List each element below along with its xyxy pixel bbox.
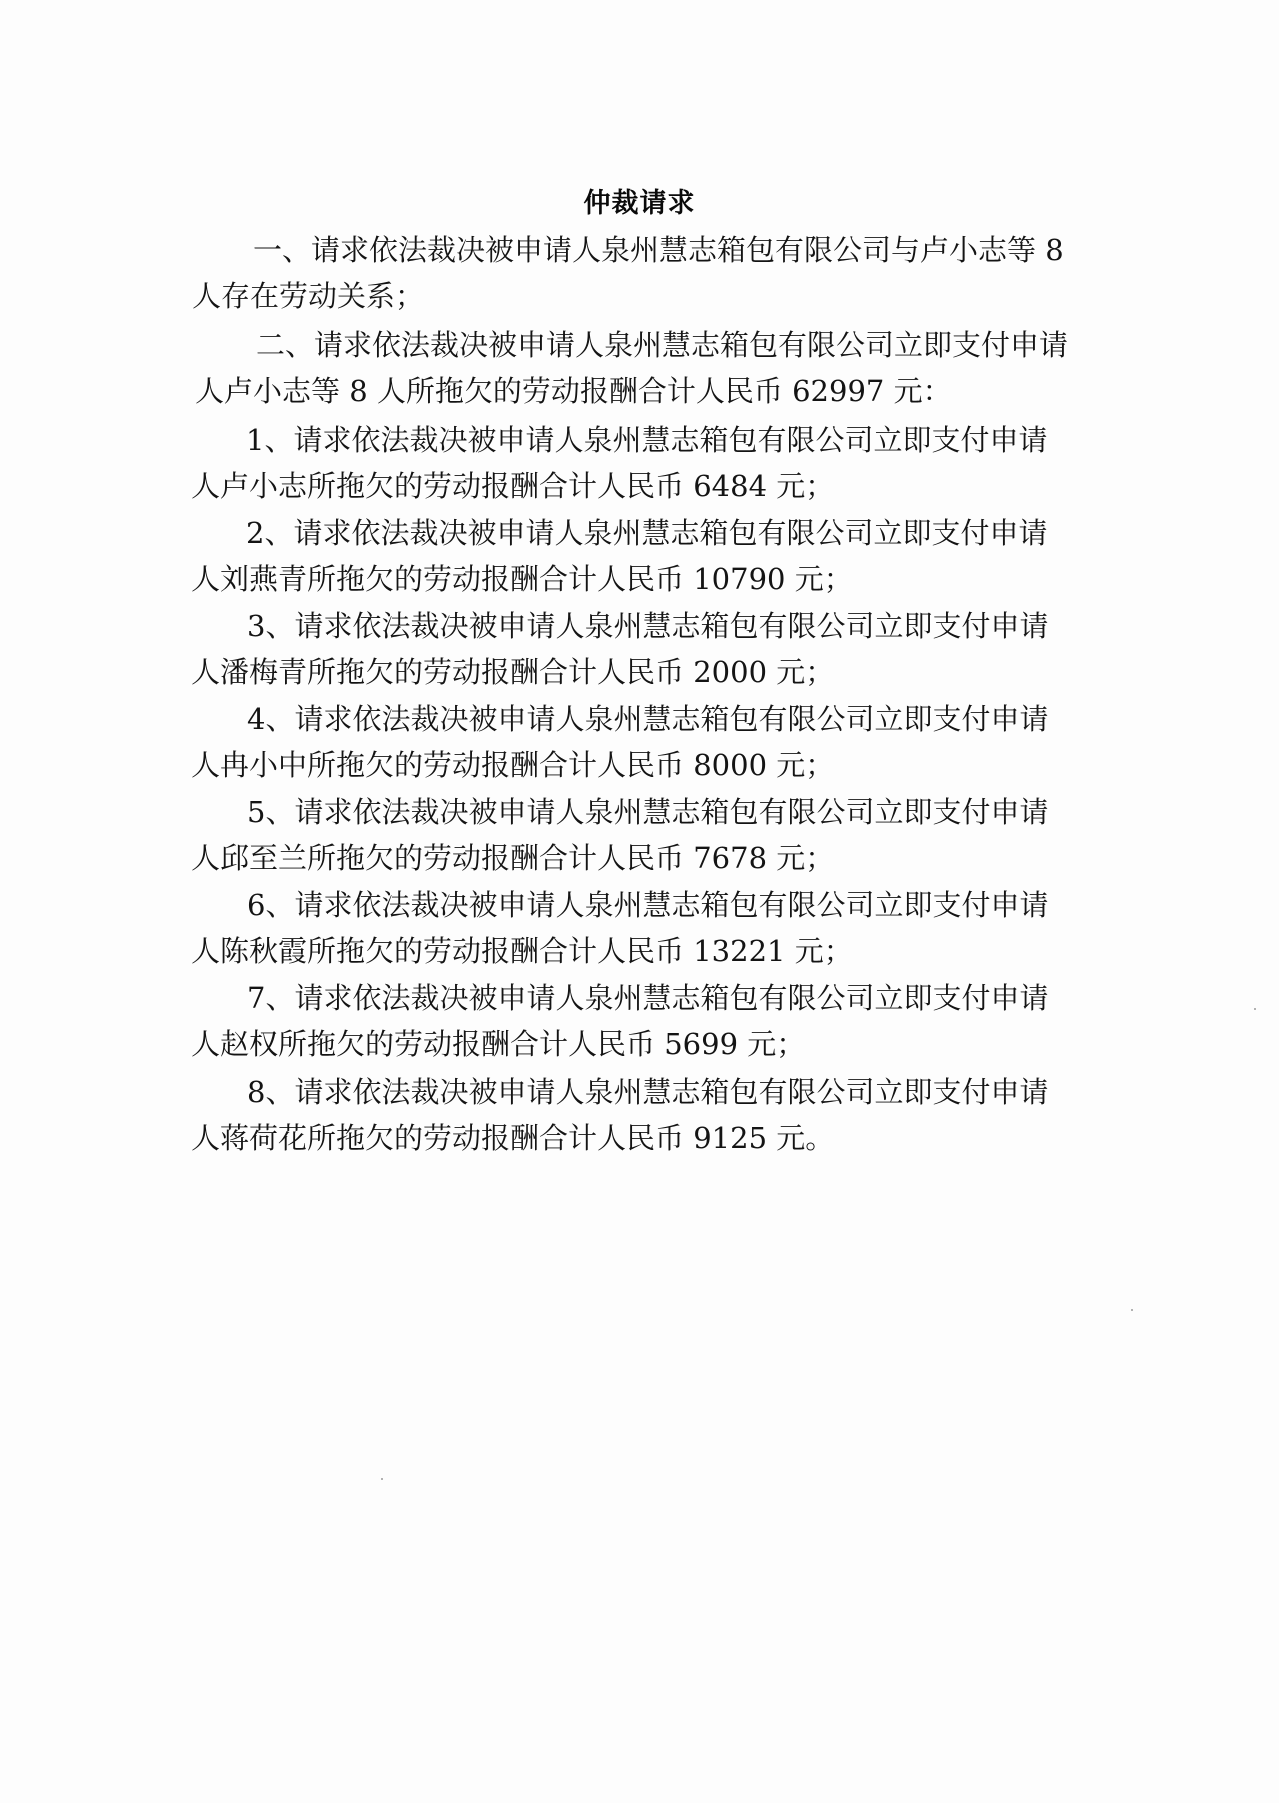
claim-2-line-2: 人卢小志等 8 人所拖欠的劳动报酬合计人民币 62997 元： xyxy=(195,374,952,408)
item-5-line-1: 5、请求依法裁决被申请人泉州慧志箱包有限公司立即支付申请 xyxy=(247,795,1048,829)
document-title: 仲裁请求 xyxy=(0,181,1279,220)
item-8-line-2: 人蒋荷花所拖欠的劳动报酬合计人民币 9125 元。 xyxy=(191,1121,834,1155)
claim-1-line-2: 人存在劳动关系； xyxy=(192,279,424,313)
item-6-line-2: 人陈秋霞所拖欠的劳动报酬合计人民币 13221 元； xyxy=(191,934,853,968)
item-3-line-2: 人潘梅青所拖欠的劳动报酬合计人民币 2000 元； xyxy=(191,655,834,689)
scan-speck xyxy=(381,1478,383,1480)
item-1-line-1: 1、请求依法裁决被申请人泉州慧志箱包有限公司立即支付申请 xyxy=(246,423,1047,457)
item-2-line-2: 人刘燕青所拖欠的劳动报酬合计人民币 10790 元； xyxy=(191,562,853,596)
item-6-line-1: 6、请求依法裁决被申请人泉州慧志箱包有限公司立即支付申请 xyxy=(247,888,1048,922)
claim-1-line-1: 一、请求依法裁决被申请人泉州慧志箱包有限公司与卢小志等 8 xyxy=(253,233,1064,267)
item-4-line-1: 4、请求依法裁决被申请人泉州慧志箱包有限公司立即支付申请 xyxy=(247,702,1048,736)
item-8-line-1: 8、请求依法裁决被申请人泉州慧志箱包有限公司立即支付申请 xyxy=(247,1075,1048,1109)
document-page: 仲裁请求 一、请求依法裁决被申请人泉州慧志箱包有限公司与卢小志等 8 人存在劳动… xyxy=(0,0,1279,1803)
scan-speck xyxy=(1131,1309,1133,1311)
item-7-line-1: 7、请求依法裁决被申请人泉州慧志箱包有限公司立即支付申请 xyxy=(247,981,1048,1015)
item-7-line-2: 人赵权所拖欠的劳动报酬合计人民币 5699 元； xyxy=(191,1027,805,1061)
item-3-line-1: 3、请求依法裁决被申请人泉州慧志箱包有限公司立即支付申请 xyxy=(247,609,1048,643)
item-4-line-2: 人冉小中所拖欠的劳动报酬合计人民币 8000 元； xyxy=(191,748,834,782)
item-2-line-1: 2、请求依法裁决被申请人泉州慧志箱包有限公司立即支付申请 xyxy=(246,516,1047,550)
claim-2-line-1: 二、请求依法裁决被申请人泉州慧志箱包有限公司立即支付申请 xyxy=(256,328,1068,362)
item-5-line-2: 人邱至兰所拖欠的劳动报酬合计人民币 7678 元； xyxy=(191,841,834,875)
item-1-line-2: 人卢小志所拖欠的劳动报酬合计人民币 6484 元； xyxy=(191,469,834,503)
scan-speck xyxy=(1254,1008,1256,1010)
